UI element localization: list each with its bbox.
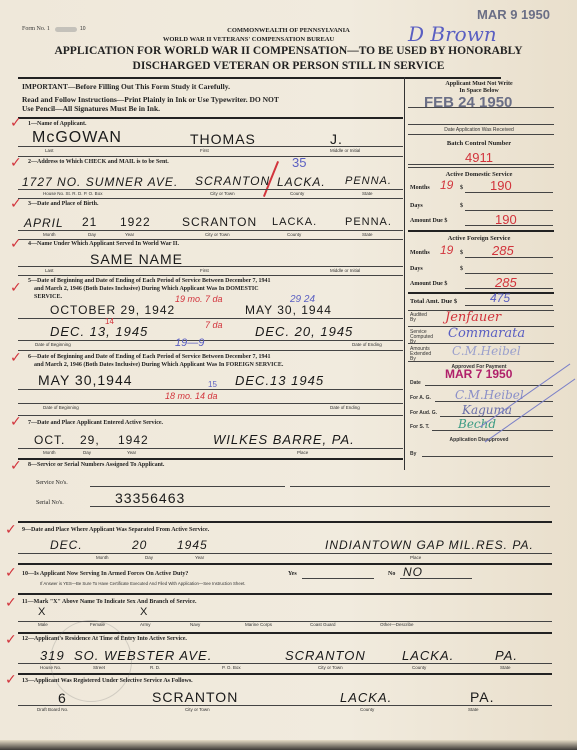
sub-label: Date of Ending: [330, 405, 360, 410]
divider: [18, 521, 552, 523]
sub-label: First: [200, 148, 209, 153]
sub-label: State: [362, 232, 373, 237]
dollar-sign: $: [460, 250, 463, 256]
field-line: [18, 389, 403, 390]
sub-label: City or Town: [318, 665, 343, 670]
sub-label: Month: [43, 232, 56, 237]
computed-signature: Commarata: [448, 326, 525, 341]
registration-county: LACKA.: [340, 690, 392, 705]
no-field[interactable]: [400, 578, 472, 579]
separation-month: DEC.: [50, 538, 83, 552]
domestic-calc-note: 19—9: [175, 337, 204, 349]
divider: [18, 593, 552, 595]
sub-label: Day: [145, 555, 153, 560]
foreign-heading: Active Foreign Service: [404, 235, 554, 242]
checkmark-icon: ✓: [10, 196, 22, 212]
divider: [18, 156, 403, 157]
birth-month: APRIL: [24, 216, 64, 230]
divider: [18, 350, 403, 351]
s5-label-line2: and March 2, 1946 (Both Dates Inclusive)…: [34, 286, 259, 292]
domestic-period2-end: DEC. 20, 1945: [255, 324, 353, 339]
field-line: [465, 273, 553, 274]
domestic-months-label: Months: [410, 185, 430, 191]
sub-label: City or Town: [210, 191, 235, 196]
serial-no-field[interactable]: [90, 506, 550, 507]
option-mark: [245, 606, 272, 619]
divider: [408, 292, 554, 294]
dollar-sign: $: [460, 185, 463, 191]
sub-label: Last: [45, 148, 54, 153]
commonwealth-heading: COMMONWEALTH OF PENNSYLVANIA: [0, 27, 577, 34]
s10-label: 10—Is Applicant Now Serving In Armed For…: [22, 571, 188, 577]
field-line: [440, 416, 553, 417]
birth-day: 21: [82, 215, 97, 229]
divider: [18, 239, 403, 240]
aud-label: For Aud. G.: [410, 410, 437, 416]
domestic-period2-begin: DEC. 13, 1945: [50, 324, 148, 339]
received-label: Date Application Was Received: [404, 127, 554, 133]
batch-number: 4911: [404, 150, 554, 165]
sub-label: Draft Board No.: [37, 707, 68, 712]
foreign-amount-label: Amount Due $: [410, 281, 447, 287]
form-title-line2: DISCHARGED VETERAN OR PERSON STILL IN SE…: [0, 60, 577, 72]
applicant-first-name: THOMAS: [190, 131, 256, 147]
address-state: PENNA.: [345, 175, 392, 187]
office-heading-line1: Applicant Must Not Write: [404, 81, 554, 87]
entry-day: 29,: [80, 433, 100, 447]
form-title-line1: APPLICATION FOR WORLD WAR II COMPENSATIO…: [0, 45, 577, 57]
serial-no-label: Serial No's.: [36, 500, 64, 506]
foreign-months-label: Months: [410, 250, 430, 256]
sub-label: House No. St. R. D. P. O. Box: [43, 191, 102, 196]
domestic-amount-label: Amount Due $: [410, 218, 447, 224]
audited-label: Audited By: [410, 313, 432, 323]
applicant-last-name: McGOWAN: [32, 129, 122, 147]
address-city: SCRANTON: [195, 174, 270, 188]
domestic-heading: Active Domestic Service: [404, 171, 554, 178]
divider: [18, 198, 403, 199]
option-mark: [90, 606, 105, 619]
service-no-field[interactable]: [90, 486, 285, 487]
field-line: [18, 403, 403, 404]
foreign-days-label: Days: [410, 266, 423, 272]
yes-label: Yes: [288, 571, 297, 577]
field-line: [18, 448, 403, 449]
checkmark-icon: ✓: [10, 280, 22, 296]
checkmark-icon: ✓: [5, 595, 17, 611]
bureau-heading: WORLD WAR II VETERANS' COMPENSATION BURE…: [0, 36, 537, 43]
checkmark-icon: ✓: [10, 155, 22, 171]
sub-label: Date of Beginning: [43, 405, 79, 410]
instruction-line1: Read and Follow Instructions—Print Plain…: [22, 95, 279, 104]
field-line: [432, 430, 553, 431]
field-line: [18, 340, 403, 341]
sub-label: State: [468, 707, 479, 712]
domestic-months: 19: [440, 178, 453, 192]
s1-label: 1—Name of Applicant.: [28, 121, 87, 127]
field-line: [408, 164, 554, 165]
divider: [18, 117, 403, 119]
s5-label-line3: SERVICE.: [34, 294, 62, 300]
sub-label: Year: [195, 555, 204, 560]
foreign-end-correction: 15: [208, 380, 217, 389]
address-annotation: 35: [292, 155, 306, 170]
s3-label: 3—Date and Place of Birth.: [28, 201, 99, 207]
sub-label: Date of Ending: [352, 342, 382, 347]
approved-date-label: Date: [410, 380, 421, 386]
checkmark-icon: ✓: [10, 115, 22, 131]
sub-label: Last: [45, 268, 54, 273]
residence-county: LACKA.: [402, 648, 454, 663]
divider: [18, 275, 403, 276]
option-navy[interactable]: Navy: [190, 606, 200, 627]
st-label: For S. T.: [410, 424, 429, 430]
extended-signature: C.M.Heibel: [452, 344, 521, 358]
s9-label: 9—Date and Place Where Applicant Was Sep…: [22, 527, 209, 533]
option-mark: X: [38, 606, 48, 619]
sub-label: County: [360, 707, 374, 712]
embossed-seal: [50, 620, 132, 702]
ag-signature: C.M.Heibel: [455, 388, 524, 402]
column-divider: [404, 77, 405, 470]
field-line: [422, 456, 553, 457]
domestic-period1-begin: OCTOBER 29, 1942: [50, 303, 175, 317]
divider: [18, 563, 552, 565]
separation-year: 1945: [177, 538, 208, 552]
received-date-stamp: FEB 24 1950: [424, 94, 512, 111]
s6-label-line2: and March 2, 1946 (Both Dates Inclusive)…: [34, 362, 283, 368]
checkmark-icon: ✓: [5, 672, 17, 688]
total-amount: 475: [490, 291, 510, 305]
birth-city: SCRANTON: [182, 215, 257, 229]
sub-label: State: [362, 191, 373, 196]
audited-signature: Jenfauer: [445, 310, 501, 325]
field-line: [18, 553, 552, 554]
sub-label: County: [287, 232, 301, 237]
checkmark-icon: ✓: [10, 350, 22, 366]
field-line: [18, 189, 403, 190]
option-label: Coast Guard: [310, 622, 336, 627]
address-street: 1727 NO. SUMNER AVE.: [22, 175, 178, 189]
sub-label: City or Town: [205, 232, 230, 237]
field-line: [465, 225, 553, 226]
service-no-label: Service No's.: [36, 480, 68, 486]
foreign-months: 19: [440, 243, 453, 257]
field-line: [18, 230, 403, 231]
field-line: [408, 134, 554, 135]
sub-label: State: [500, 665, 511, 670]
page-edge: [0, 740, 577, 750]
field-line: [465, 210, 553, 211]
foreign-period-end: DEC.13 1945: [235, 373, 324, 388]
divider: [18, 77, 501, 79]
checkmark-icon: ✓: [10, 458, 22, 474]
entry-month: OCT.: [34, 433, 65, 447]
checkmark-icon: ✓: [10, 414, 22, 430]
sub-label: Middle or Initial: [330, 268, 360, 273]
serial-number: 33356463: [115, 490, 185, 506]
divider: [408, 230, 554, 232]
entry-year: 1942: [118, 433, 149, 447]
sub-label: Day: [83, 450, 91, 455]
separation-place: INDIANTOWN GAP MIL.RES. PA.: [325, 538, 534, 552]
sub-label: Year: [127, 450, 136, 455]
field-line: [18, 705, 552, 706]
domestic-days-label: Days: [410, 203, 423, 209]
extended-label: Amounts Extended By: [410, 347, 438, 362]
batch-label: Batch Control Number: [404, 140, 554, 147]
option-mark: [310, 606, 336, 619]
instruction-line2: Use Pencil—All Signatures Must Be in Ink…: [22, 104, 160, 113]
total-label: Total Amt. Due $: [410, 298, 457, 305]
domestic-months-amount: 190: [490, 178, 512, 193]
s7-label: 7—Date and Place Applicant Entered Activ…: [28, 420, 163, 426]
sub-label: County: [290, 191, 304, 196]
option-mark: [380, 606, 414, 619]
service-name: SAME NAME: [90, 251, 183, 267]
sub-label: First: [200, 268, 209, 273]
option-other-describe[interactable]: Other—Describe: [380, 606, 414, 627]
checkmark-icon: ✓: [5, 565, 17, 581]
birth-year: 1922: [120, 215, 151, 229]
s10-note: If Answer is YES—Be Sure To Have Certifi…: [40, 581, 245, 586]
s5-label-line1: 5—Date of Beginning and Date of Ending o…: [28, 278, 271, 284]
field-line: [425, 385, 553, 386]
divider: [18, 458, 403, 460]
foreign-months-amount: 285: [492, 243, 514, 258]
option-mark: X: [140, 606, 151, 619]
option-label: Navy: [190, 622, 200, 627]
s4-label: 4—Name Under Which Applicant Served In W…: [28, 241, 179, 247]
top-date-stamp: MAR 9 1950: [477, 7, 550, 22]
option-label: Male: [38, 622, 48, 627]
sub-label: Middle or Initial: [330, 148, 360, 153]
no-label: No: [388, 571, 395, 577]
s11-label: 11—Mark "X" Above Name To Indicate Sex A…: [22, 599, 197, 605]
checkmark-icon: ✓: [10, 236, 22, 252]
no-value: NO: [403, 565, 423, 579]
ag-label: For A. G.: [410, 395, 431, 401]
sub-label: Month: [43, 450, 56, 455]
separation-day: 20: [132, 538, 147, 552]
field-line: [18, 318, 403, 319]
field-line: [408, 167, 554, 168]
sub-label: Day: [88, 232, 96, 237]
field-line: [408, 107, 554, 108]
domestic-duration-note: 19 mo. 7 da: [175, 294, 223, 304]
field-line: [435, 401, 553, 402]
domestic-period2-note: 7 da: [205, 320, 223, 330]
s6-label-line1: 6—Date of Beginning and Date of Ending o…: [28, 354, 271, 360]
birth-state: PENNA.: [345, 216, 392, 228]
sub-label: R. D.: [150, 665, 160, 670]
checkmark-icon: ✓: [5, 632, 17, 648]
option-label: Other—Describe: [380, 622, 414, 627]
option-male[interactable]: XMale: [38, 606, 48, 627]
field-line: [465, 192, 553, 193]
option-army[interactable]: XArmy: [140, 606, 151, 627]
divider: [408, 361, 554, 362]
application-form: Form No. 1 10 MAR 9 1950 D Brown COMMONW…: [0, 0, 577, 750]
sub-label: Date of Beginning: [35, 342, 71, 347]
by-label: By: [410, 451, 416, 457]
option-label: Army: [140, 622, 151, 627]
domestic-period1-end: MAY 30, 1944: [245, 303, 332, 317]
sub-label: P. O. Box: [222, 665, 241, 670]
sub-label: Year: [125, 232, 134, 237]
field-line: [18, 146, 403, 147]
option-coast-guard[interactable]: Coast Guard: [310, 606, 336, 627]
s2-label: 2—Address to Which CHECK and MAIL is to …: [28, 159, 169, 165]
registration-city: SCRANTON: [152, 689, 238, 705]
field-line: [408, 124, 554, 125]
sub-label: City or Town: [185, 707, 210, 712]
s8-label: 8—Service or Serial Numbers Assigned To …: [28, 462, 164, 468]
field-line: [465, 257, 553, 258]
address-county: LACKA.: [277, 175, 326, 189]
option-marine-corps[interactable]: Marine Corps: [245, 606, 272, 627]
sub-label: Place: [297, 450, 308, 455]
service-no-field-2[interactable]: [290, 486, 550, 487]
applicant-middle-initial: J.: [330, 131, 343, 147]
residence-city: SCRANTON: [285, 648, 366, 663]
important-note: IMPORTANT—Before Filling Out This Form S…: [22, 82, 230, 91]
checkmark-icon: ✓: [5, 522, 17, 538]
approved-date-stamp: MAR 7 1950: [445, 367, 512, 381]
sub-label: Place: [410, 555, 421, 560]
dollar-sign: $: [460, 266, 463, 272]
birth-county: LACKA.: [272, 216, 317, 228]
yes-field[interactable]: [302, 578, 374, 579]
option-label: Marine Corps: [245, 622, 272, 627]
dollar-sign: $: [460, 203, 463, 209]
option-mark: [190, 606, 200, 619]
registration-state: PA.: [470, 689, 495, 705]
residence-state: PA.: [495, 648, 518, 663]
divider: [18, 415, 403, 416]
disapproved-label: Application Disapproved: [404, 437, 554, 443]
sub-label: Month: [96, 555, 109, 560]
field-line: [18, 266, 403, 267]
field-line: [465, 305, 553, 306]
entry-place: WILKES BARRE, PA.: [213, 432, 355, 447]
foreign-period-begin: MAY 30,1944: [38, 372, 133, 388]
sub-label: County: [412, 665, 426, 670]
field-line: [465, 288, 553, 289]
foreign-duration-note: 18 mo. 14 da: [165, 391, 218, 401]
